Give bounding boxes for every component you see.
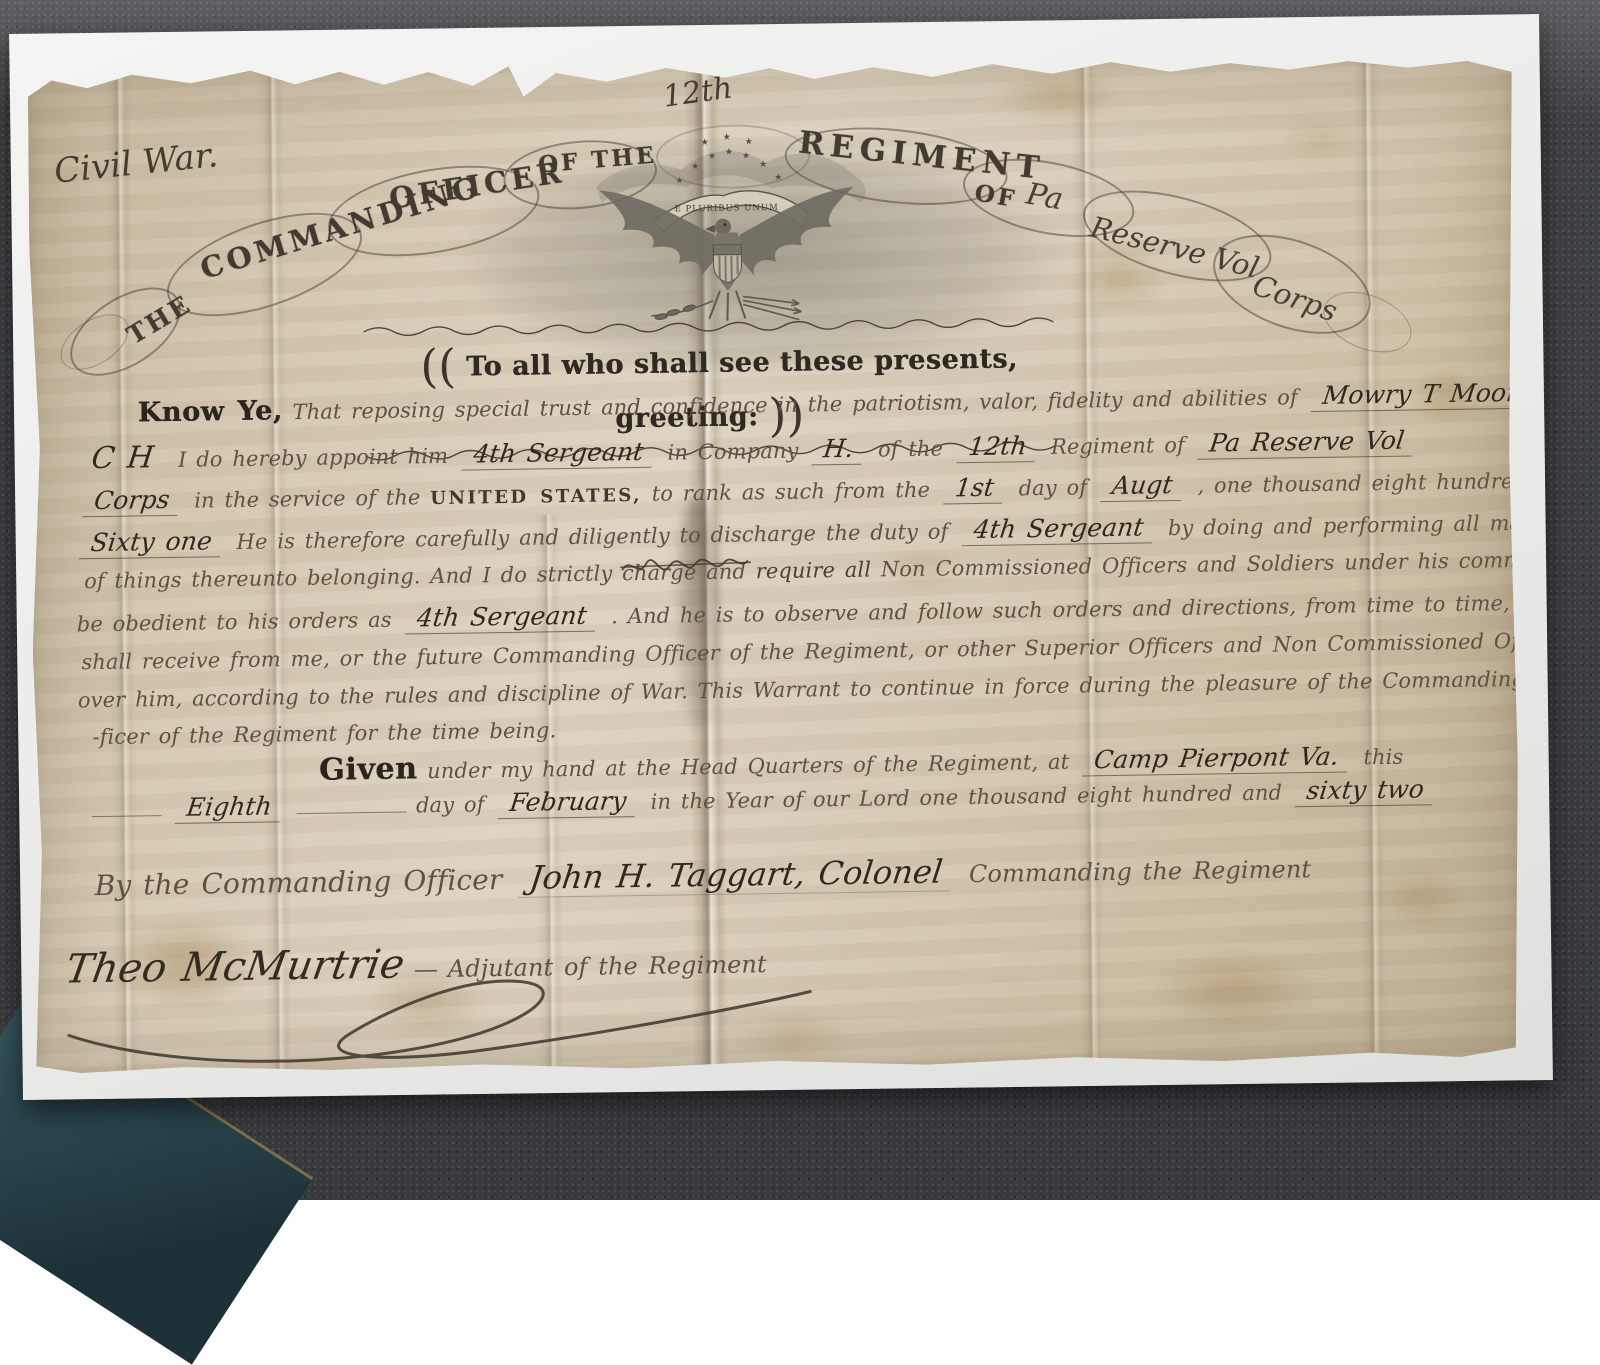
company-initials: C H bbox=[79, 443, 165, 477]
rank-entry: 4th Sergeant bbox=[961, 514, 1155, 546]
rank-entry: 4th Sergeant bbox=[405, 603, 599, 635]
given-month-entry: February bbox=[497, 788, 637, 819]
day-entry: 1st bbox=[943, 475, 1006, 505]
unit-entry: Pa Reserve Vol bbox=[1198, 427, 1416, 459]
printed-text: day of bbox=[1018, 475, 1087, 500]
company-entry: H. bbox=[811, 436, 865, 466]
svg-text:★: ★ bbox=[742, 151, 750, 161]
svg-text:★: ★ bbox=[723, 133, 731, 143]
body-line-11: Eighth day of February in the Year of ou… bbox=[91, 776, 1439, 825]
body-line-8: over him, according to the rules and dis… bbox=[78, 666, 1567, 712]
printed-text: He is therefore carefully and diligently… bbox=[236, 519, 948, 554]
unit-entry-2: Corps bbox=[82, 487, 181, 517]
place-entry: Camp Pierpont Va. bbox=[1082, 743, 1350, 776]
warrant-document: Civil War. 12th THE COMMANDING OFFICER O… bbox=[28, 52, 1521, 1077]
united-states-text: UNITED STATES, bbox=[430, 485, 642, 509]
printed-text: in Company bbox=[667, 439, 798, 465]
pen-scribble bbox=[620, 550, 752, 582]
flourish-line-top bbox=[363, 314, 1063, 338]
printed-text: under my hand at the Head Quarters of th… bbox=[427, 750, 1069, 784]
blank-rule bbox=[91, 801, 161, 817]
svg-text:★: ★ bbox=[675, 176, 683, 186]
printed-text: . And he is to observe and follow such o… bbox=[611, 590, 1579, 628]
regiment-entry: 12th bbox=[956, 433, 1038, 463]
svg-text:★: ★ bbox=[745, 137, 753, 147]
motto-text: E PLURIBUS UNUM bbox=[675, 203, 779, 215]
printed-text: in the Year of our Lord one thousand eig… bbox=[650, 780, 1282, 813]
svg-text:★: ★ bbox=[708, 152, 716, 162]
month-entry: Augt bbox=[1100, 472, 1184, 502]
printed-text: I do hereby appoint him bbox=[178, 444, 448, 472]
printed-text: of the bbox=[878, 436, 943, 461]
printed-text: day of bbox=[416, 792, 485, 817]
shield-chief bbox=[713, 244, 741, 254]
given-word: Given bbox=[319, 751, 418, 787]
printed-text: be obedient to his orders as bbox=[77, 608, 392, 637]
blank-rule bbox=[296, 797, 406, 814]
scribbled-words: require all bbox=[756, 558, 872, 584]
printed-text: Regiment of bbox=[1051, 433, 1185, 459]
svg-text:★: ★ bbox=[691, 162, 699, 172]
rank-entry: 4th Sergeant bbox=[461, 439, 655, 471]
eagle-head bbox=[715, 219, 731, 235]
document-content: Civil War. 12th THE COMMANDING OFFICER O… bbox=[25, 47, 1524, 1081]
signature-flourish bbox=[48, 969, 829, 1076]
printed-text: By the Commanding Officer bbox=[94, 863, 502, 902]
body-line-9: -ficer of the Regiment for the time bein… bbox=[92, 718, 556, 749]
svg-text:★: ★ bbox=[759, 160, 767, 170]
by-line: By the Commanding Officer John H. Taggar… bbox=[94, 850, 1311, 904]
printed-text: to rank as such from the bbox=[652, 478, 931, 506]
svg-text:★: ★ bbox=[774, 173, 782, 183]
svg-text:★: ★ bbox=[725, 148, 733, 158]
header-script-pa: Pa bbox=[1023, 176, 1065, 217]
year-entry: Sixty one bbox=[79, 528, 224, 559]
printed-text: Non Commissioned Officers and Soldiers u… bbox=[881, 547, 1595, 582]
printed-text: in the service of the bbox=[194, 485, 421, 512]
colonel-signature: John H. Taggart, Colonel bbox=[517, 855, 954, 897]
ornament-paren-left: (( bbox=[410, 339, 467, 394]
svg-text:★: ★ bbox=[701, 138, 709, 148]
civil-war-note: Civil War. bbox=[52, 135, 219, 192]
printed-text: this bbox=[1363, 745, 1403, 770]
given-day-entry: Eighth bbox=[175, 793, 284, 824]
know-ye: Know Ye, bbox=[137, 395, 283, 428]
given-year-entry: sixty two bbox=[1295, 776, 1436, 807]
printed-text: Commanding the Regiment bbox=[969, 855, 1312, 888]
